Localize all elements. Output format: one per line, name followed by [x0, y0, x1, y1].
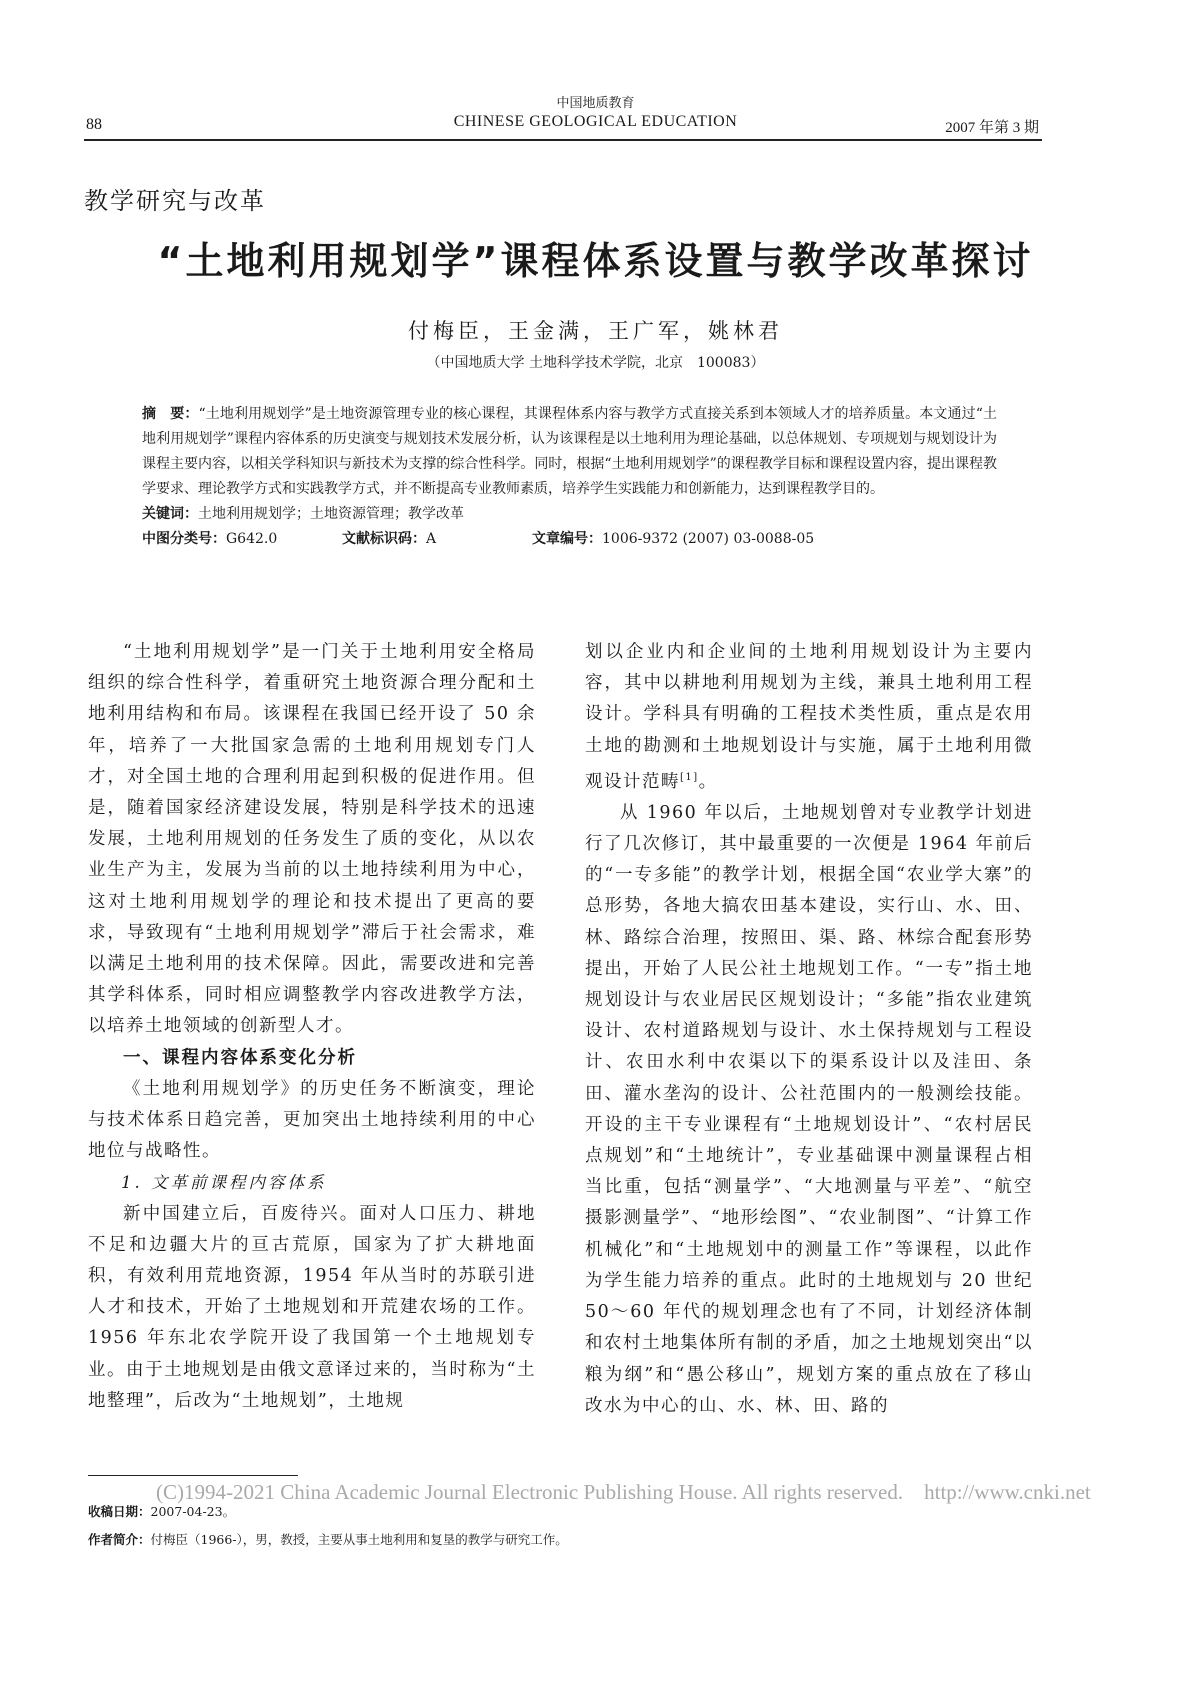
paragraph-end: 。 — [699, 772, 718, 792]
copyright-watermark: (C)1994-2021 China Academic Journal Elec… — [156, 1476, 1091, 1506]
clc-value: G642.0 — [226, 531, 277, 547]
article-number: 文章编号：1006-9372 (2007) 03-0088-05 — [532, 527, 814, 552]
author-list: 付梅臣，王金满，王广军，姚林君 — [0, 315, 1191, 345]
body-paragraph: 从 1960 年以后，土地规划曾对专业教学计划进行了几次修订，其中最重要的一次便… — [585, 798, 1033, 1422]
paper-title: “土地利用规划学”课程体系设置与教学改革探讨 — [0, 230, 1191, 285]
abstract: 摘 要：“土地利用规划学”是土地资源管理专业的核心课程，其课程体系内容与教学方式… — [142, 402, 997, 502]
author-bio-label: 作者简介： — [88, 1532, 151, 1547]
clc-number: 中图分类号：G642.0 — [142, 527, 277, 552]
doc-code-value: A — [426, 531, 436, 547]
section-heading: 一、课程内容体系变化分析 — [88, 1043, 536, 1074]
keywords: 关键词：土地利用规划学；土地资源管理；教学改革 — [142, 502, 997, 527]
abstract-label: 摘 要： — [142, 406, 199, 422]
author-bio-value: 付梅臣（1966-），男，教授，主要从事土地利用和复垦的教学与研究工作。 — [151, 1532, 568, 1547]
received-date: 收稿日期：2007-04-23。 — [88, 1502, 235, 1520]
classification-row: 中图分类号：G642.0 文献标识码：A 文章编号：1006-9372 (200… — [142, 527, 997, 552]
abstract-block: 摘 要：“土地利用规划学”是土地资源管理专业的核心课程，其课程体系内容与教学方式… — [142, 402, 997, 552]
section-tag: 教学研究与改革 — [84, 181, 266, 216]
clc-label: 中图分类号： — [142, 531, 226, 547]
body-paragraph: “土地利用规划学”是一门关于土地利用安全格局组织的综合性科学，着重研究土地资源合… — [88, 637, 536, 1043]
citation-ref[interactable]: [1] — [680, 772, 699, 783]
body-column-left: “土地利用规划学”是一门关于土地利用安全格局组织的综合性科学，着重研究土地资源合… — [88, 637, 536, 1417]
subsection-heading: 1. 文革前课程内容体系 — [88, 1167, 536, 1198]
body-paragraph: 《土地利用规划学》的历史任务不断演变，理论与技术体系日趋完善，更加突出土地持续利… — [88, 1074, 536, 1168]
author-bio: 作者简介：付梅臣（1966-），男，教授，主要从事土地利用和复垦的教学与研究工作… — [88, 1530, 568, 1548]
article-no-value: 1006-9372 (2007) 03-0088-05 — [602, 531, 814, 547]
body-column-right: 划以企业内和企业间的土地利用规划设计为主要内容，其中以耕地利用规划为主线，兼具土… — [585, 637, 1033, 1422]
article-no-label: 文章编号： — [532, 531, 602, 547]
journal-name-cn: 中国地质教育 — [0, 94, 1191, 112]
issue-label: 2007 年第 3 期 — [945, 116, 1039, 137]
received-value: 2007-04-23。 — [151, 1504, 236, 1519]
abstract-text: “土地利用规划学”是土地资源管理专业的核心课程，其课程体系内容与教学方式直接关系… — [142, 406, 997, 497]
paragraph-text: 划以企业内和企业间的土地利用规划设计为主要内容，其中以耕地利用规划为主线，兼具土… — [585, 642, 1033, 792]
keywords-text: 土地利用规划学；土地资源管理；教学改革 — [198, 506, 464, 522]
body-paragraph: 新中国建立后，百废待兴。面对人口压力、耕地不足和边疆大片的亘古荒原，国家为了扩大… — [88, 1199, 536, 1417]
affiliation: （中国地质大学 土地科学技术学院，北京 100083） — [0, 352, 1191, 372]
document-code: 文献标识码：A — [342, 527, 436, 552]
header-rule — [84, 139, 1042, 141]
keywords-label: 关键词： — [142, 506, 198, 522]
doc-code-label: 文献标识码： — [342, 531, 426, 547]
body-paragraph: 划以企业内和企业间的土地利用规划设计为主要内容，其中以耕地利用规划为主线，兼具土… — [585, 637, 1033, 798]
received-label: 收稿日期： — [88, 1504, 151, 1519]
